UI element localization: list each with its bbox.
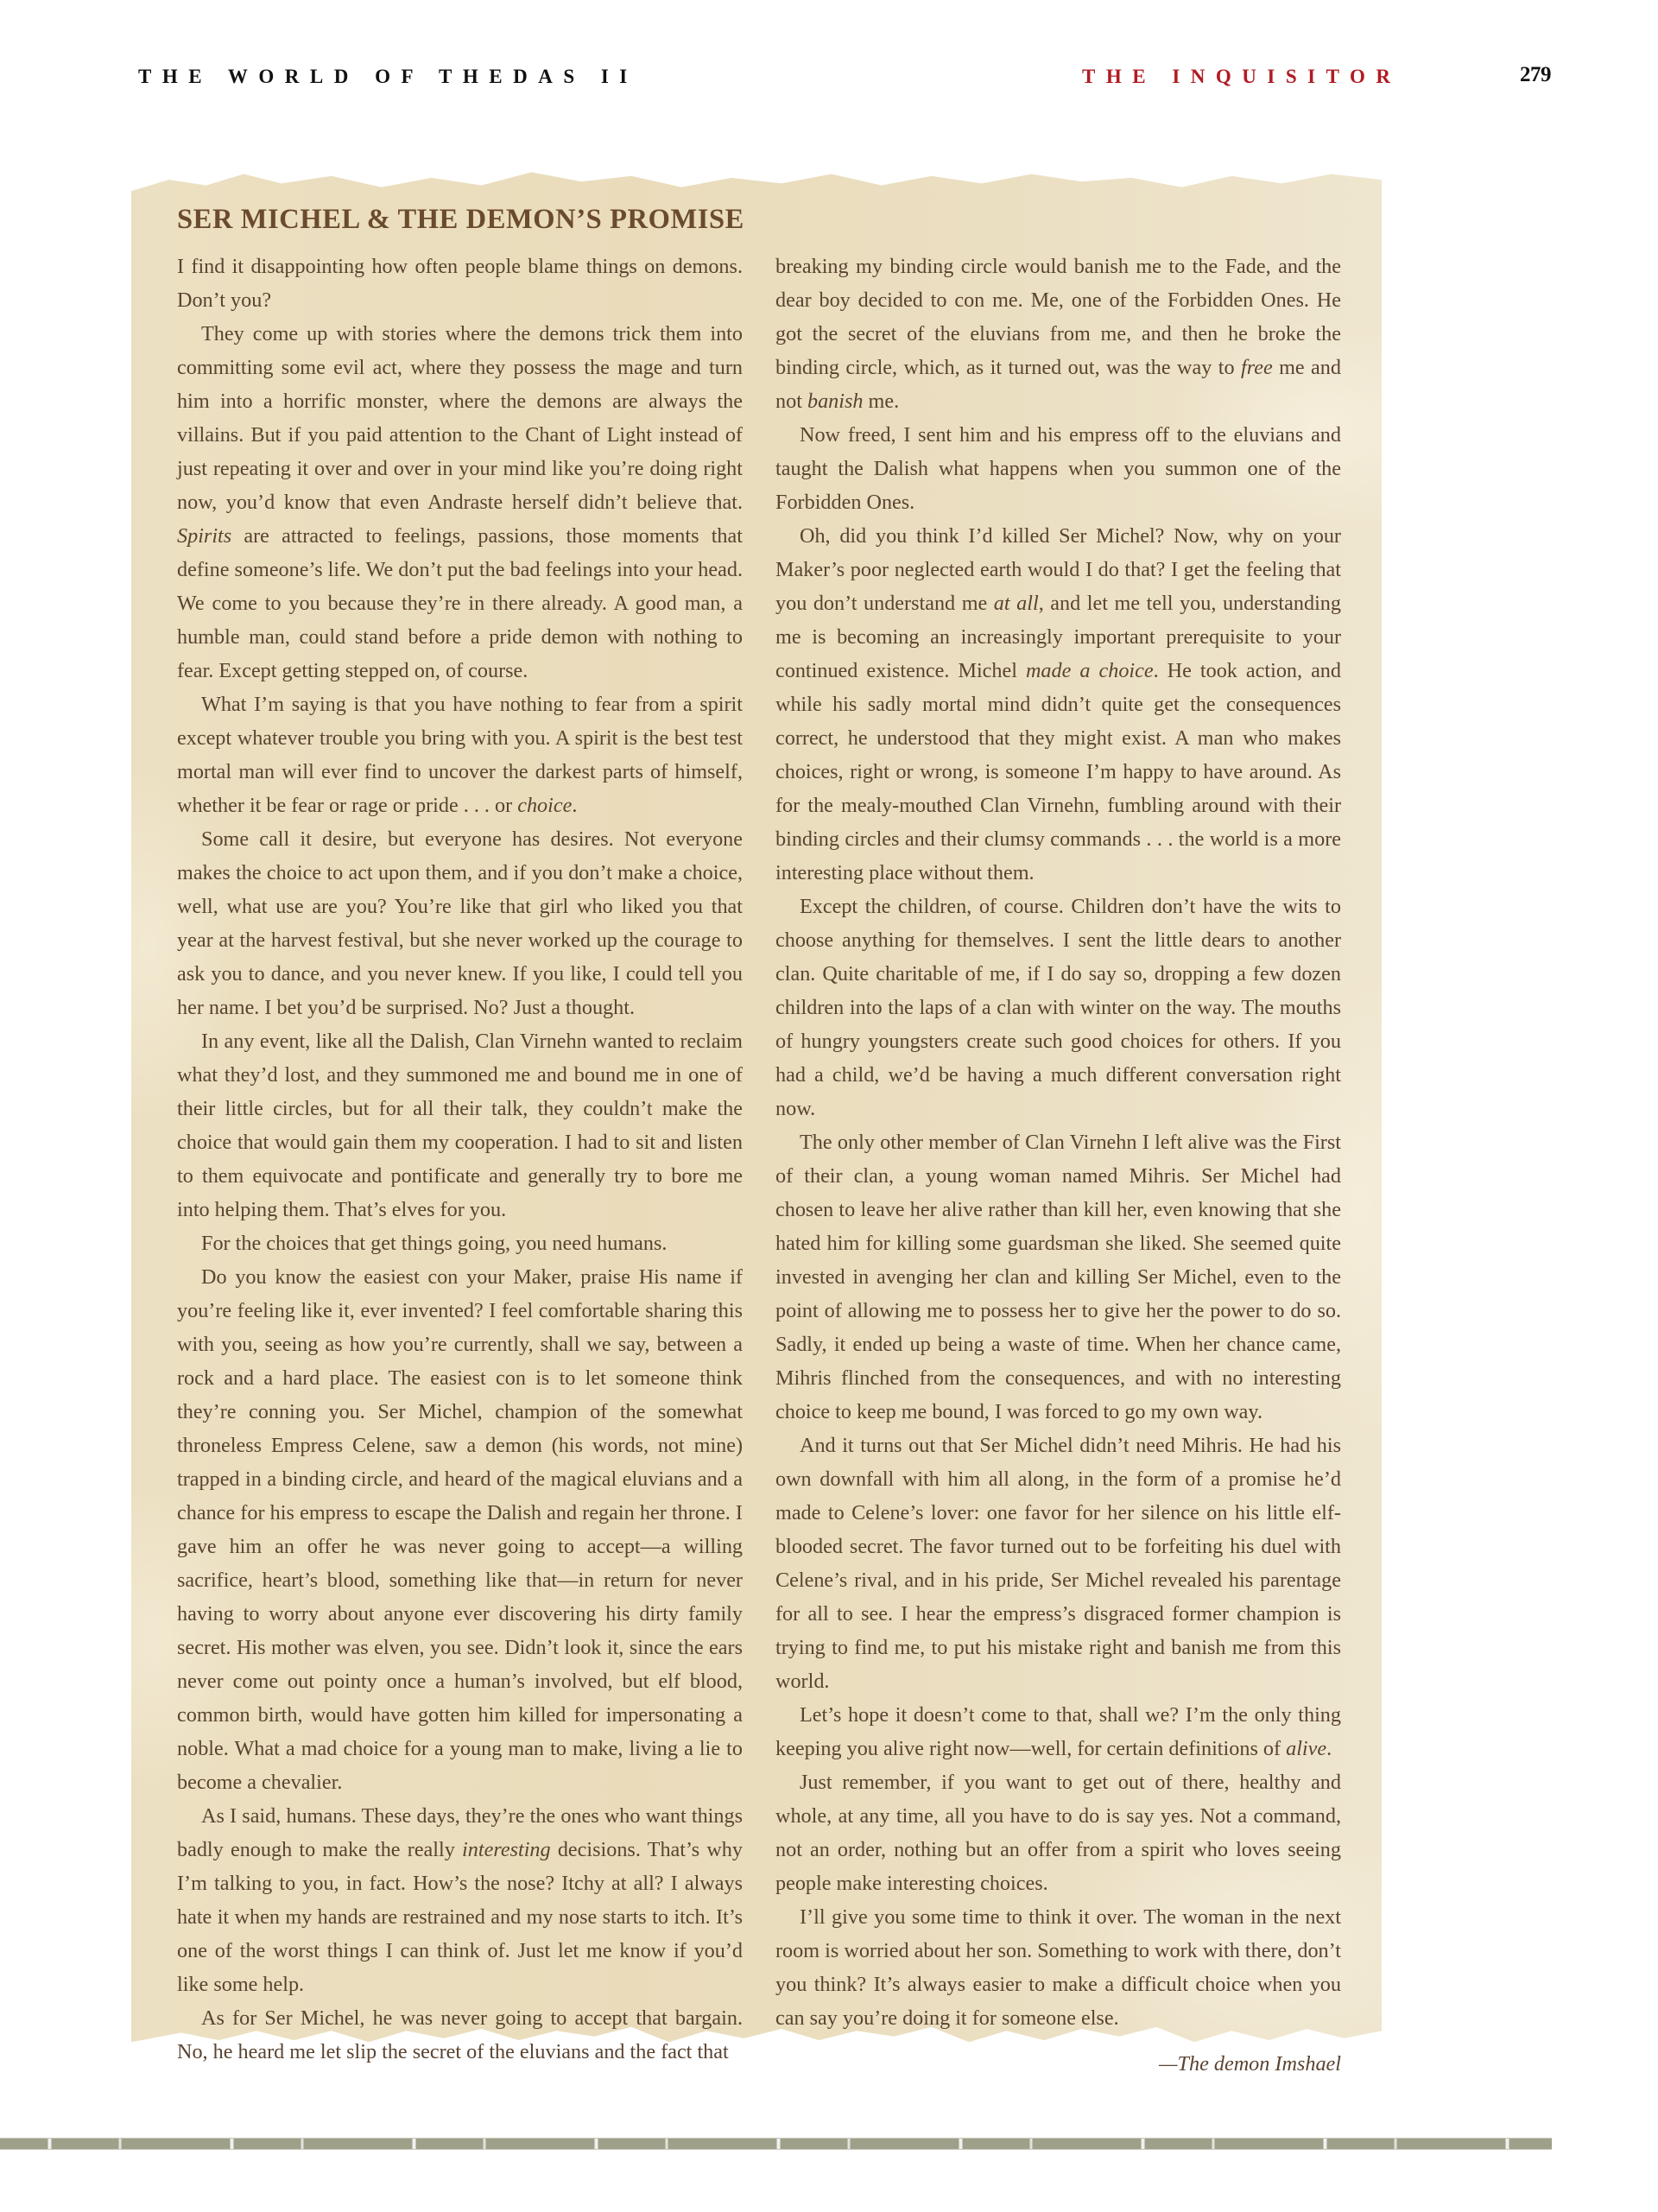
emphasis-text: made a choice bbox=[1026, 659, 1154, 682]
body-paragraph: Now freed, I sent him and his empress of… bbox=[775, 418, 1341, 519]
emphasis-text: free bbox=[1241, 356, 1273, 379]
body-paragraph: breaking my binding circle would banish … bbox=[775, 250, 1341, 418]
sidebar-right-column: breaking my binding circle would banish … bbox=[775, 250, 1341, 2081]
body-paragraph: They come up with stories where the demo… bbox=[177, 317, 743, 688]
page-number: 279 bbox=[1520, 62, 1551, 88]
sidebar-left-column: I find it disappointing how often people… bbox=[177, 250, 743, 2069]
paragraph-text: . bbox=[572, 794, 577, 817]
paragraph-text: They come up with stories where the demo… bbox=[177, 322, 743, 514]
body-paragraph: Oh, did you think I’d killed Ser Michel?… bbox=[775, 519, 1341, 890]
paragraph-text: Some call it desire, but everyone has de… bbox=[177, 827, 743, 1019]
paragraph-text: And it turns out that Ser Michel didn’t … bbox=[775, 1434, 1341, 1693]
running-head-book-title: THE WORLD OF THEDAS II bbox=[138, 64, 638, 90]
paragraph-text: Except the children, of course. Children… bbox=[775, 895, 1341, 1120]
paragraph-text: I find it disappointing how often people… bbox=[177, 255, 743, 312]
paragraph-text: . He took action, and while his sadly mo… bbox=[775, 659, 1341, 884]
emphasis-text: alive bbox=[1286, 1737, 1326, 1760]
body-paragraph: I find it disappointing how often people… bbox=[177, 250, 743, 317]
paragraph-text: decisions. That’s why I’m talking to you… bbox=[177, 1838, 743, 1996]
body-paragraph: As for Ser Michel, he was never going to… bbox=[177, 2001, 743, 2069]
emphasis-text: at all bbox=[994, 592, 1039, 615]
body-paragraph: As I said, humans. These days, they’re t… bbox=[177, 1799, 743, 2001]
paragraph-text: As for Ser Michel, he was never going to… bbox=[177, 2006, 743, 2063]
body-paragraph: Let’s hope it doesn’t come to that, shal… bbox=[775, 1698, 1341, 1765]
paragraph-text: Do you know the easiest con your Maker, … bbox=[177, 1265, 743, 1794]
body-paragraph: The only other member of Clan Virnehn I … bbox=[775, 1125, 1341, 1429]
paragraph-text: are attracted to feelings, passions, tho… bbox=[177, 524, 743, 682]
paragraph-text: me. bbox=[863, 390, 899, 413]
paragraph-text: I’ll give you some time to think it over… bbox=[775, 1905, 1341, 2030]
paragraph-text: For the choices that get things going, y… bbox=[201, 1232, 667, 1255]
emphasis-text: Spirits bbox=[177, 524, 231, 548]
body-paragraph: And it turns out that Ser Michel didn’t … bbox=[775, 1429, 1341, 1698]
running-head-chapter-title: THE INQUISITOR bbox=[1082, 64, 1402, 90]
sidebar-title: SER MICHEL & THE DEMON’S PROMISE bbox=[177, 204, 744, 235]
emphasis-text: banish bbox=[807, 390, 864, 413]
paragraph-text: What I’m saying is that you have nothing… bbox=[177, 693, 743, 817]
body-paragraph: Some call it desire, but everyone has de… bbox=[177, 822, 743, 1024]
paragraph-text: Now freed, I sent him and his empress of… bbox=[775, 423, 1341, 514]
body-paragraph: Do you know the easiest con your Maker, … bbox=[177, 1260, 743, 1799]
paragraph-text: Just remember, if you want to get out of… bbox=[775, 1771, 1341, 1895]
body-paragraph: I’ll give you some time to think it over… bbox=[775, 1900, 1341, 2035]
body-paragraph: For the choices that get things going, y… bbox=[177, 1226, 743, 1260]
body-paragraph: What I’m saying is that you have nothing… bbox=[177, 688, 743, 822]
paragraph-text: In any event, like all the Dalish, Clan … bbox=[177, 1030, 743, 1221]
quote-attribution: —The demon Imshael bbox=[775, 2047, 1341, 2081]
body-paragraph: Except the children, of course. Children… bbox=[775, 890, 1341, 1125]
body-paragraph: In any event, like all the Dalish, Clan … bbox=[177, 1024, 743, 1226]
paragraph-text: The only other member of Clan Virnehn I … bbox=[775, 1131, 1341, 1423]
paragraph-text: . bbox=[1326, 1737, 1332, 1760]
emphasis-text: interesting bbox=[462, 1838, 551, 1861]
body-paragraph: Just remember, if you want to get out of… bbox=[775, 1765, 1341, 1900]
footer-decorative-stripe bbox=[0, 2138, 1552, 2150]
emphasis-text: choice bbox=[517, 794, 572, 817]
paragraph-text: Let’s hope it doesn’t come to that, shal… bbox=[775, 1703, 1341, 1760]
